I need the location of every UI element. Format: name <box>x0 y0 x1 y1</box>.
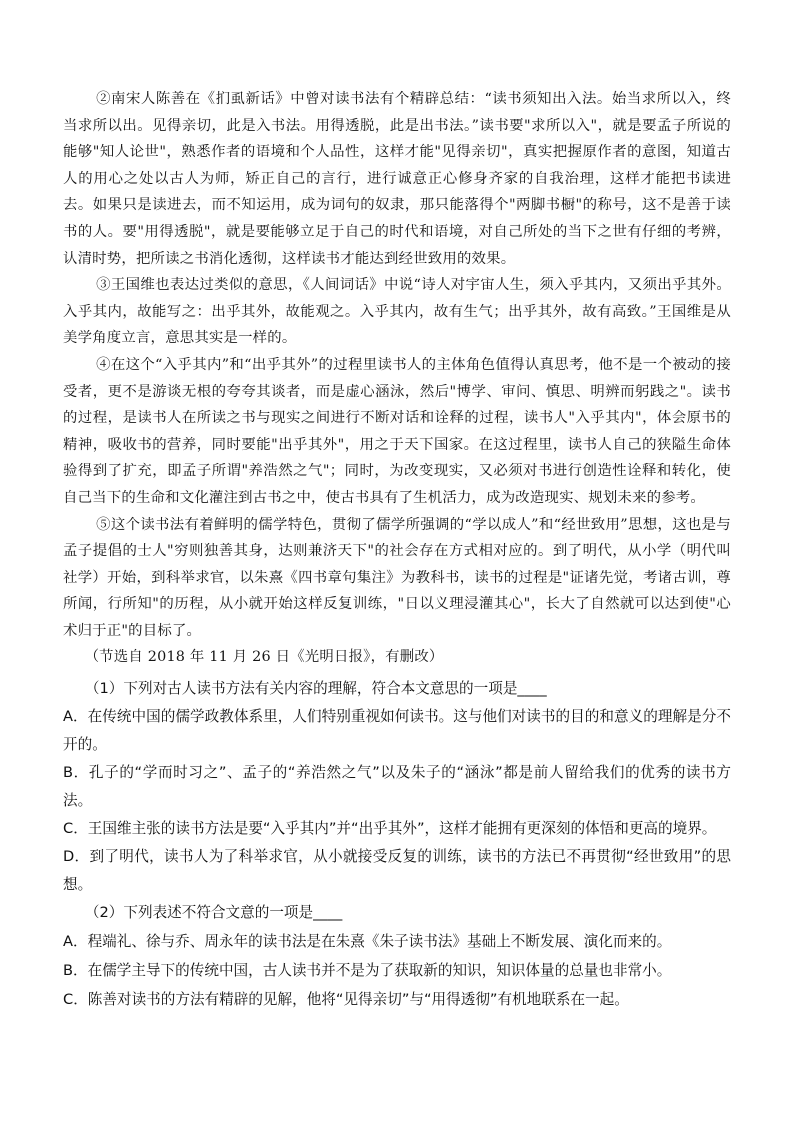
option-a-text: 在传统中国的儒学政教体系里，人们特别重视如何读书。这与他们对读书的目的和意义的理… <box>63 708 731 753</box>
passage-paragraph-4: ④在这个“入乎其内”和“出乎其外”的过程里读书人的主体角色值得认真思考，他不是一… <box>63 352 731 512</box>
passage-paragraph-2: ②南宋人陈善在《扪虱新话》中曾对读书法有个精辟总结：“读书须知出入法。始当求所以… <box>63 86 731 272</box>
question-1-option-b: B．孔子的“学而时习之”、孟子的“养浩然之气”以及朱子的“涵泳”都是前人留给我们… <box>63 759 731 815</box>
question-2-number: （2） <box>85 904 123 921</box>
question-2-stem-text: 下列表述不符合文意的一项是 <box>123 904 313 921</box>
option-a-text: 程端礼、徐与乔、周永年的读书法是在朱熹《朱子读书法》基础上不断发展、演化而来的。 <box>88 933 672 950</box>
question-1: （1）下列对古人读书方法有关内容的理解，符合本文意思的一项是____ A．在传统… <box>63 675 731 899</box>
question-1-option-d: D．到了明代，读书人为了科举求官，从小就接受反复的训练，读书的方法已不再贯彻“经… <box>63 843 731 899</box>
passage-paragraph-3: ③王国维也表达过类似的意思，《人间词话》中说“诗人对宇宙人生，须入乎其内，又须出… <box>63 272 731 352</box>
question-2-answer-blank: ____ <box>313 904 342 921</box>
question-1-number: （1） <box>85 680 123 697</box>
option-a-label: A． <box>63 708 88 725</box>
passage-paragraph-5: ⑤这个读书法有着鲜明的儒学特色，贯彻了儒学所强调的“学以成人”和“经世致用”思想… <box>63 512 731 645</box>
option-c-label: C． <box>63 820 88 837</box>
option-c-text: 王国维主张的读书方法是要“入乎其内”并“出乎其外”，这样才能拥有更深刻的体悟和更… <box>88 820 717 837</box>
question-2-option-b: B．在儒学主导下的传统中国，古人读书并不是为了获取新的知识，知识体量的总量也非常… <box>63 956 731 985</box>
option-c-label: C． <box>63 991 88 1008</box>
document-page: ②南宋人陈善在《扪虱新话》中曾对读书法有个精辟总结：“读书须知出入法。始当求所以… <box>0 0 794 1123</box>
question-2-option-c: C．陈善对读书的方法有精辟的见解，他将“见得亲切”与“用得透彻”有机地联系在一起… <box>63 985 731 1014</box>
questions-section: （1）下列对古人读书方法有关内容的理解，符合本文意思的一项是____ A．在传统… <box>63 675 731 1014</box>
source-note: （节选自 2018 年 11 月 26 日《光明日报》，有删改） <box>63 644 731 671</box>
question-2: （2）下列表述不符合文意的一项是____ A．程端礼、徐与乔、周永年的读书法是在… <box>63 899 731 1014</box>
option-b-text: 在儒学主导下的传统中国，古人读书并不是为了获取新的知识，知识体量的总量也非常小。 <box>88 962 672 979</box>
option-d-label: D． <box>63 848 89 865</box>
option-b-label: B． <box>63 764 89 781</box>
option-b-label: B． <box>63 962 88 979</box>
question-2-stem: （2）下列表述不符合文意的一项是____ <box>63 899 731 927</box>
question-1-option-c: C．王国维主张的读书方法是要“入乎其内”并“出乎其外”，这样才能拥有更深刻的体悟… <box>63 815 731 843</box>
option-a-label: A． <box>63 933 88 950</box>
question-1-stem: （1）下列对古人读书方法有关内容的理解，符合本文意思的一项是____ <box>63 675 731 703</box>
option-d-text: 到了明代，读书人为了科举求官，从小就接受反复的训练，读书的方法已不再贯彻“经世致… <box>63 848 731 893</box>
question-1-answer-blank: ____ <box>517 680 546 697</box>
question-1-stem-text: 下列对古人读书方法有关内容的理解，符合本文意思的一项是 <box>123 680 517 697</box>
option-c-text: 陈善对读书的方法有精辟的见解，他将“见得亲切”与“用得透彻”有机地联系在一起。 <box>88 991 629 1008</box>
option-b-text: 孔子的“学而时习之”、孟子的“养浩然之气”以及朱子的“涵泳”都是前人留给我们的优… <box>63 764 731 809</box>
question-1-option-a: A．在传统中国的儒学政教体系里，人们特别重视如何读书。这与他们对读书的目的和意义… <box>63 703 731 759</box>
reading-passage: ②南宋人陈善在《扪虱新话》中曾对读书法有个精辟总结：“读书须知出入法。始当求所以… <box>63 86 731 671</box>
question-2-option-a: A．程端礼、徐与乔、周永年的读书法是在朱熹《朱子读书法》基础上不断发展、演化而来… <box>63 927 731 956</box>
